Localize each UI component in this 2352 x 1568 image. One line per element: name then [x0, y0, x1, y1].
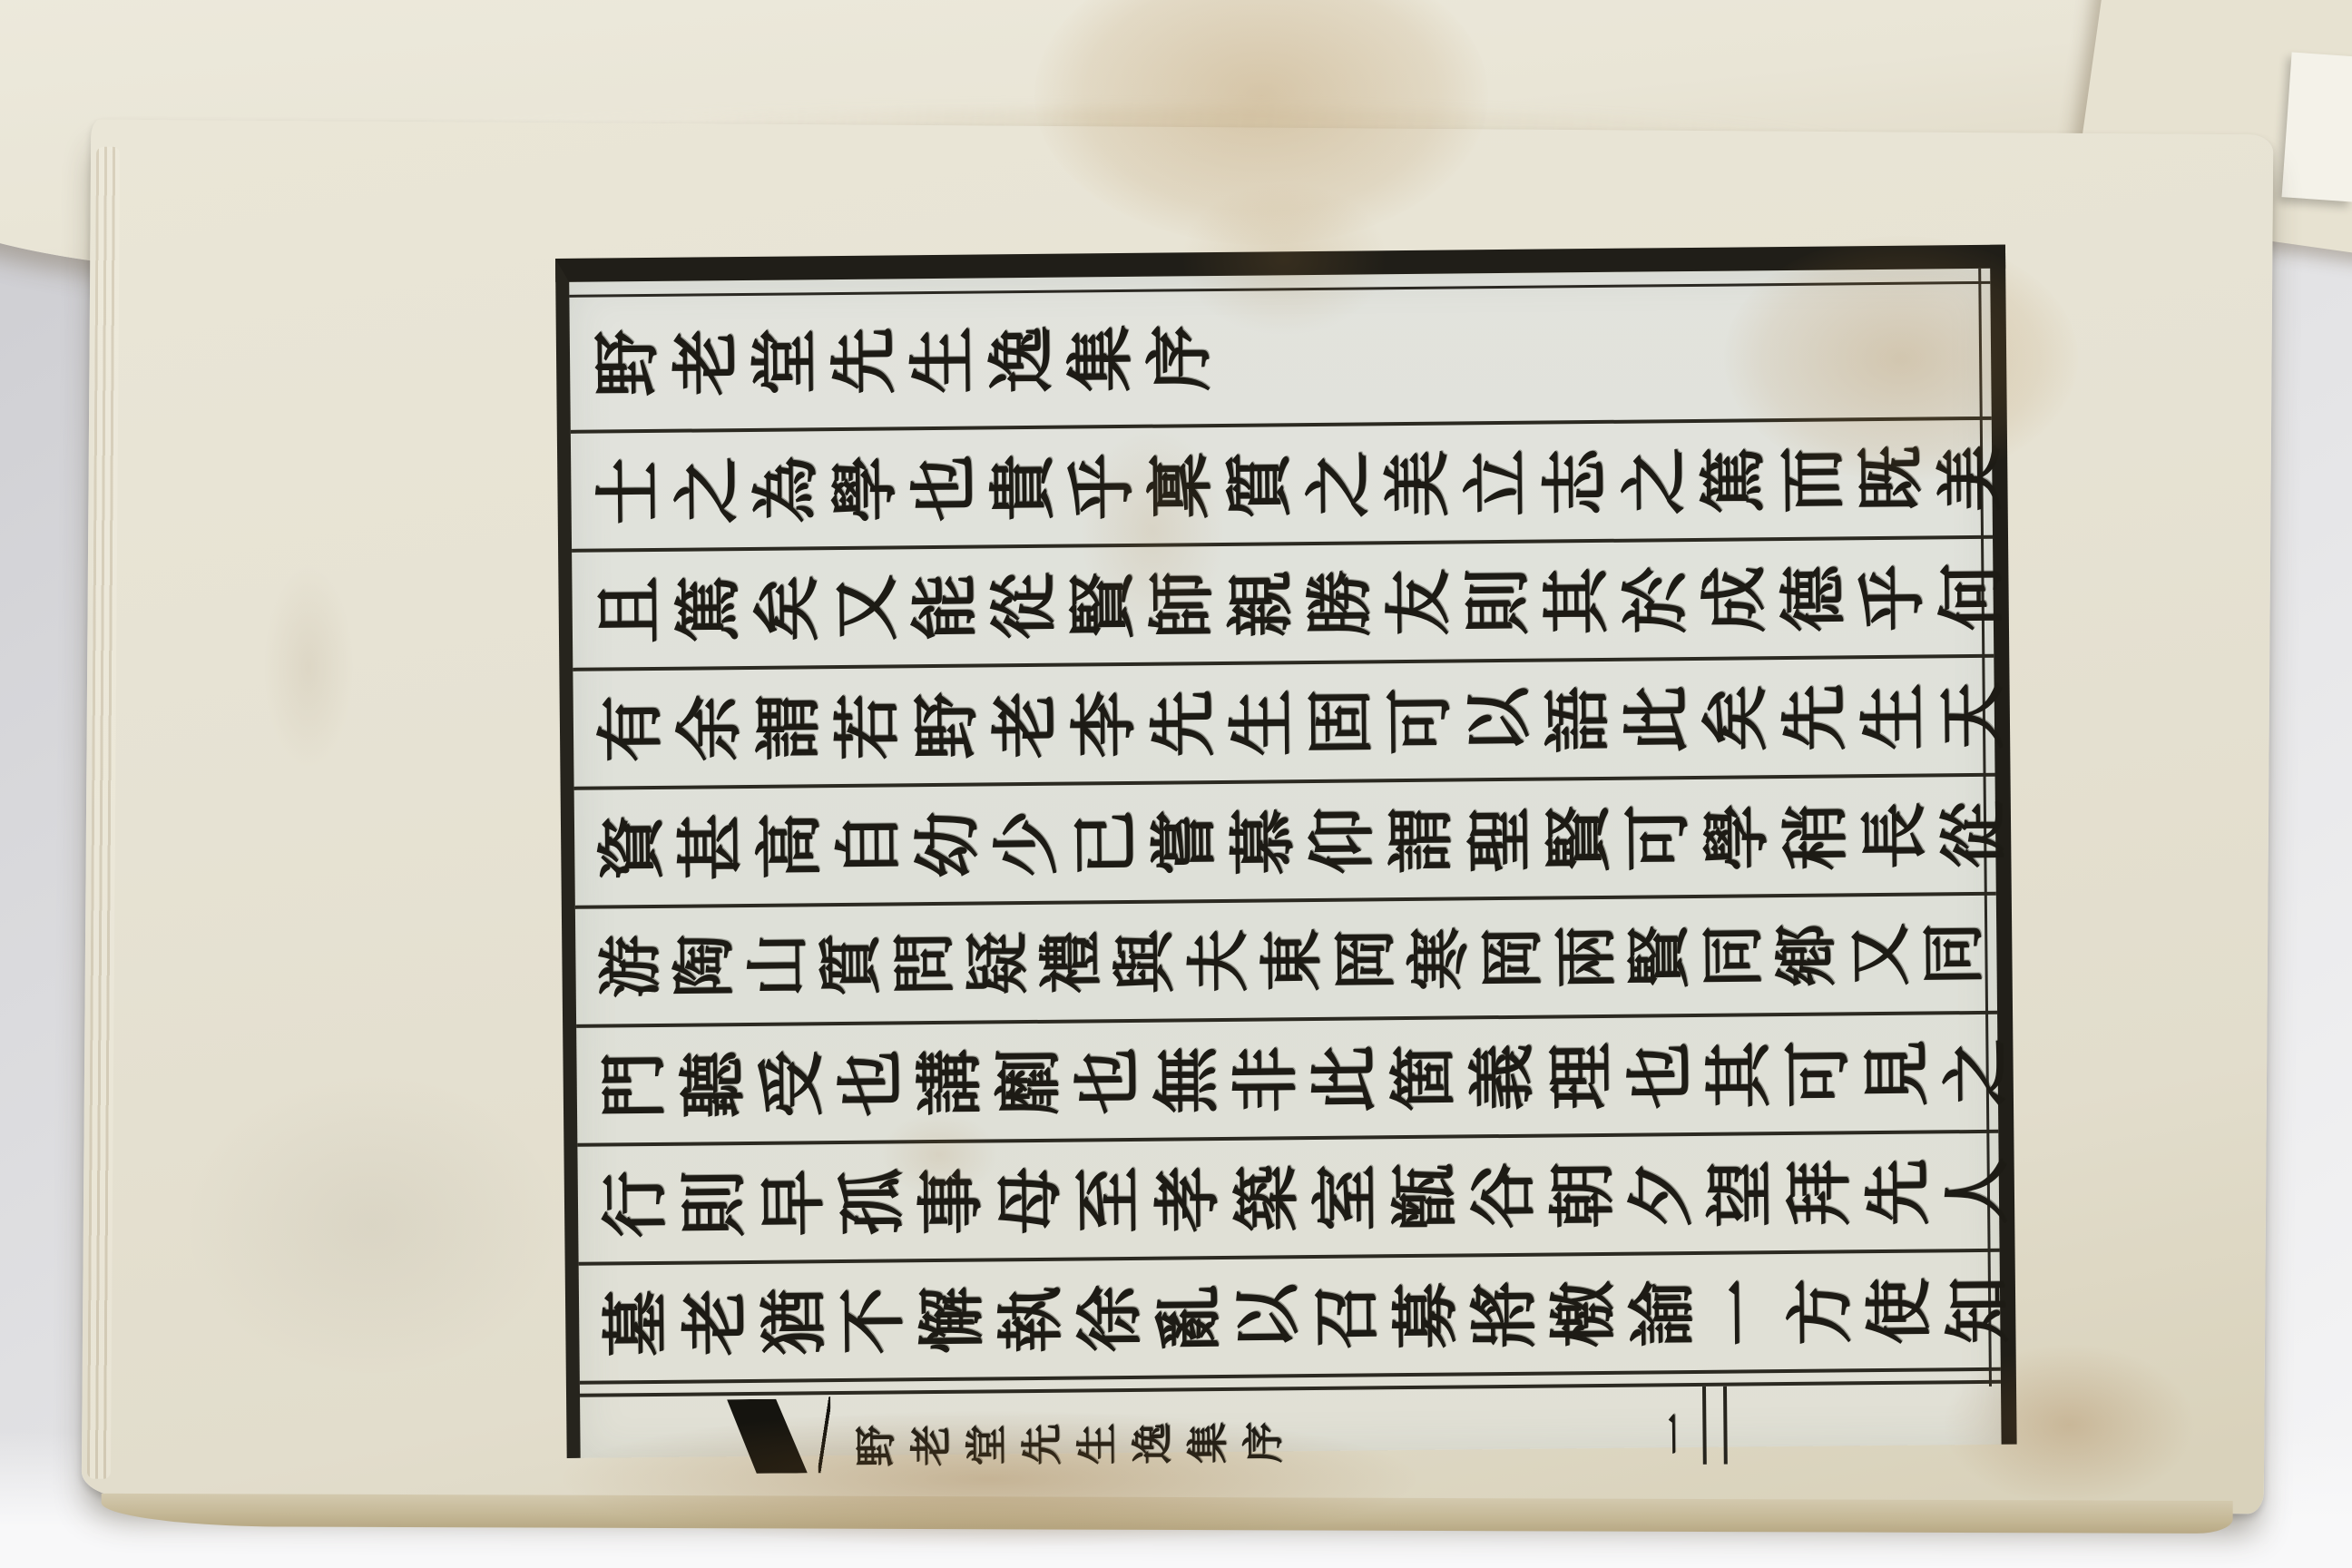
page-number: 一 — [1651, 1397, 1697, 1475]
glyph: 何 — [1913, 557, 2021, 637]
banxin-rule-1 — [1702, 1387, 1707, 1465]
text-row-6: 門聽受也講劘也無非此箇義理也其可見之 — [576, 1014, 1998, 1147]
glyph: 同 — [1895, 916, 2003, 991]
glyph: 一 — [1637, 1411, 1710, 1457]
text-row-5: 游陶山質問疑禮與夫東岡寒岡兩賢同鄕又同 — [575, 896, 1997, 1028]
page-stack-edges — [87, 147, 120, 1479]
glyph: 知 — [1919, 1269, 2027, 1349]
glyph: 天 — [1914, 676, 2022, 756]
banxin-fold-strip: 野老堂先生逸集序 一 — [580, 1380, 2002, 1475]
text-row-7: 行則早孤事母至孝築室甑谷朝夕望拜先人 — [577, 1133, 1999, 1266]
glyph: 序 — [1221, 1415, 1300, 1471]
glyph: 人 — [1918, 1151, 2026, 1230]
book-photo: 野老堂先生逸集序 士之為學也貴乎稟質之美立志之篤而既美 且篤矣又能從賢師親勝友則… — [0, 0, 2352, 1568]
fishtail-mark-icon — [716, 1398, 808, 1474]
glyph: 之 — [1917, 1033, 2025, 1112]
text-row-3: 有余謂若野老李先生固可以語此矣先生天 — [573, 658, 1994, 790]
white-paper-tag — [2282, 52, 2352, 201]
text-row-4: 資甚高自幼少已嘗慕仰謂聖賢可學稍長從 — [574, 777, 1996, 909]
glyph: 美 — [1911, 438, 2019, 518]
printed-text-frame: 野老堂先生逸集序 士之為學也貴乎稟質之美立志之篤而既美 且篤矣又能從賢師親勝友則… — [555, 245, 2017, 1458]
fishtail-slash-line — [818, 1396, 831, 1475]
text-row-2: 且篤矣又能從賢師親勝友則其於成德乎何 — [572, 539, 1994, 671]
glyph: 從 — [1915, 795, 2023, 875]
text-row-1: 士之為學也貴乎稟質之美立志之篤而既美 — [571, 420, 1993, 553]
glyph: 序 — [1121, 318, 1229, 397]
text-row-8: 墓老猶不懈執徐亂以召募將檄諭一方使知 — [579, 1252, 2001, 1385]
banxin-title: 野老堂先生逸集序 — [845, 1403, 1289, 1475]
banxin-rule-2 — [1723, 1387, 1728, 1465]
text-columns: 野老堂先生逸集序 士之為學也貴乎稟質之美立志之篤而既美 且篤矣又能從賢師親勝友則… — [569, 284, 2000, 1385]
title-row: 野老堂先生逸集序 — [569, 284, 1991, 434]
